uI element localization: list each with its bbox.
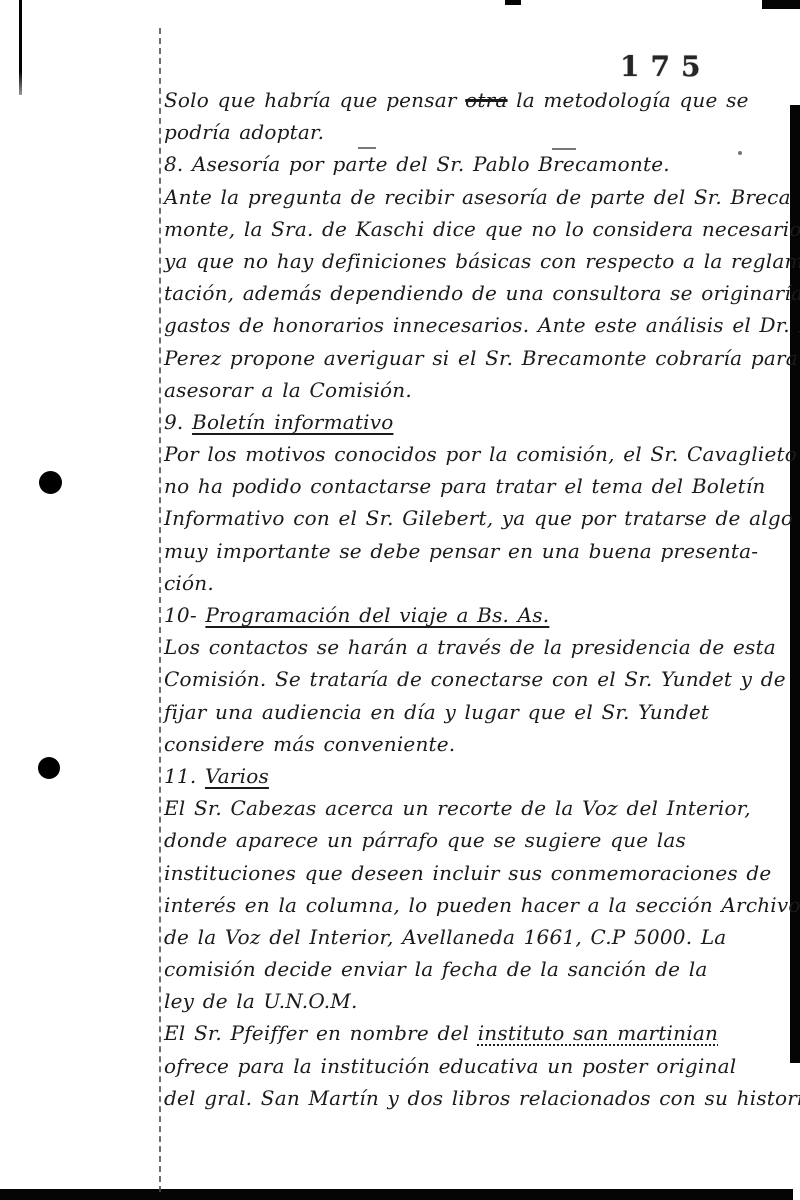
handwriting-lines: Solo que habría que pensar otra la metod… [164,84,796,1114]
handwritten-text-segment: Ante la pregunta de recibir asesoría de … [164,185,791,209]
handwritten-line: comisión decide enviar la fecha de la sa… [164,953,796,985]
handwritten-line: fijar una audiencia en día y lugar que e… [164,696,796,728]
handwritten-text-segment: donde aparece un párrafo que se sugiere … [164,828,686,852]
hole-punch-dot-bottom [38,757,60,779]
hole-punch-dot-top [39,471,62,494]
handwritten-text-segment: del gral. San Martín y dos libros relaci… [164,1086,800,1110]
handwritten-text-segment: Perez propone averiguar si el Sr. Brecam… [164,346,798,370]
handwritten-line: no ha podido contactarse para tratar el … [164,470,796,502]
handwritten-line: Perez propone averiguar si el Sr. Brecam… [164,342,796,374]
handwritten-line: Ante la pregunta de recibir asesoría de … [164,181,796,213]
handwritten-text-segment: fijar una audiencia en día y lugar que e… [164,700,709,724]
handwritten-text-segment: ya que no hay definiciones básicas con r… [164,249,800,273]
handwritten-text-segment: Por los motivos conocidos por la comisió… [164,442,797,466]
handwritten-line: ya que no hay definiciones básicas con r… [164,245,796,277]
handwritten-line: asesorar a la Comisión. [164,374,796,406]
handwritten-line: Por los motivos conocidos por la comisió… [164,438,796,470]
handwritten-line: interés en la columna, lo pueden hacer a… [164,889,796,921]
handwritten-text-segment: monte, la Sra. de Kaschi dice que no lo … [164,217,800,241]
handwritten-text-segment: Solo que habría que pensar [164,88,465,112]
handwritten-line: 10- Programación del viaje a Bs. As. [164,599,796,631]
handwritten-text-segment: tación, además dependiendo de una consul… [164,281,800,305]
handwritten-line: gastos de honorarios innecesarios. Ante … [164,309,796,341]
handwritten-text-segment: asesorar a la Comisión. [164,378,412,402]
handwritten-text-segment: la metodología que se [508,88,749,112]
handwritten-text-segment: muy importante se debe pensar en una bue… [164,539,758,563]
scan-artifact-bottom-edge [0,1189,793,1200]
handwritten-text-segment: Informativo con el Sr. Gilebert, ya que … [164,506,793,530]
handwritten-text-segment: considere más conveniente. [164,732,455,756]
handwritten-line: del gral. San Martín y dos libros relaci… [164,1082,796,1114]
handwritten-line: Informativo con el Sr. Gilebert, ya que … [164,502,796,534]
handwritten-text-segment: ley de la U.N.O.M. [164,989,358,1013]
handwritten-line: Solo que habría que pensar otra la metod… [164,84,796,116]
scan-artifact-left-edge [19,0,22,95]
handwritten-text-segment: El Sr. Cabezas acerca un recorte de la V… [164,796,751,820]
handwritten-text-segment: gastos de honorarios innecesarios. Ante … [164,313,800,337]
handwritten-line: El Sr. Pfeiffer en nombre del instituto … [164,1017,796,1049]
handwritten-text-segment: Los contactos se harán a través de la pr… [164,635,776,659]
handwritten-line: donde aparece un párrafo que se sugiere … [164,824,796,856]
handwritten-text-segment: 8. Asesoría por parte del Sr. Pablo Brec… [164,152,670,176]
handwritten-text-segment: 11. [164,764,205,788]
handwritten-line: 8. Asesoría por parte del Sr. Pablo Brec… [164,148,796,180]
handwritten-text-segment: 9. [164,410,192,434]
handwritten-line: Los contactos se harán a través de la pr… [164,631,796,663]
handwritten-text-segment: 10- [164,603,205,627]
handwritten-line: 11. Varios [164,760,796,792]
margin-rule [159,28,161,1192]
handwritten-text-segment: podría adoptar. [164,120,324,144]
handwritten-text-segment: interés en la columna, lo pueden hacer a… [164,893,800,917]
handwritten-line: Comisión. Se trataría de conectarse con … [164,663,796,695]
handwritten-text-segment: ofrece para la institución educativa un … [164,1054,736,1078]
handwritten-text-segment: Comisión. Se trataría de conectarse con … [164,667,786,691]
handwritten-line: podría adoptar. [164,116,796,148]
handwritten-line: de la Voz del Interior, Avellaneda 1661,… [164,921,796,953]
handwritten-line: 9. Boletín informativo [164,406,796,438]
handwritten-text-segment: otra [465,88,507,112]
handwritten-text-segment: instituto san martinian [478,1021,718,1045]
scan-artifact-top-right [762,0,800,9]
page-number-stamp: 175 [620,50,711,83]
handwritten-text-segment: ción. [164,571,214,595]
handwritten-text-segment: Programación del viaje a Bs. As. [205,603,549,627]
handwritten-text-segment: Varios [205,764,269,788]
handwritten-text-segment: instituciones que deseen incluir sus con… [164,861,771,885]
handwritten-line: tación, además dependiendo de una consul… [164,277,796,309]
handwritten-line: ofrece para la institución educativa un … [164,1050,796,1082]
handwritten-line: El Sr. Cabezas acerca un recorte de la V… [164,792,796,824]
handwritten-line: monte, la Sra. de Kaschi dice que no lo … [164,213,796,245]
handwritten-text-segment: de la Voz del Interior, Avellaneda 1661,… [164,925,726,949]
handwritten-line: ley de la U.N.O.M. [164,985,796,1017]
scan-artifact-top-dash [505,0,521,5]
handwritten-text-segment: no ha podido contactarse para tratar el … [164,474,766,498]
scanned-page: 175 Solo que habría que pensar otra la m… [0,0,800,1200]
handwritten-line: muy importante se debe pensar en una bue… [164,535,796,567]
handwritten-text-segment: comisión decide enviar la fecha de la sa… [164,957,707,981]
handwritten-text-segment: Boletín informativo [192,410,393,434]
handwritten-line: ción. [164,567,796,599]
handwritten-line: considere más conveniente. [164,728,796,760]
handwritten-text-segment: El Sr. Pfeiffer en nombre del [164,1021,478,1045]
handwritten-line: instituciones que deseen incluir sus con… [164,857,796,889]
